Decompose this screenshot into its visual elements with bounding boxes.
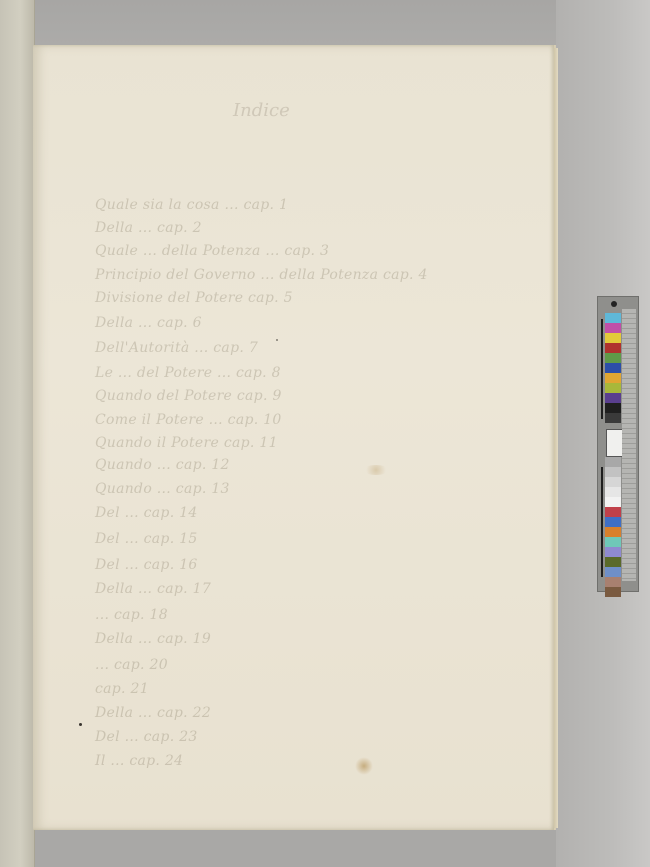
facing-leaf-edge [0,0,35,867]
color-patch [605,477,621,487]
color-patch [605,557,621,567]
color-calibration-target [597,296,639,592]
color-patch [605,497,621,507]
scan-background [0,0,650,45]
mount-hole [611,301,617,307]
color-patch [605,487,621,497]
index-entry: Della ... cap. 6 [95,315,202,335]
index-entry: Della ... cap. 19 [95,631,211,651]
ruler-bar [601,319,603,419]
color-patch [605,403,621,413]
index-entry: Del ... cap. 16 [95,557,198,577]
color-patch [605,457,621,467]
index-entry: ... cap. 20 [95,657,168,677]
color-patch [605,527,621,537]
index-entry: Quando ... cap. 13 [95,481,230,501]
color-patch [605,323,621,333]
index-entry: Quando ... cap. 12 [95,457,230,477]
index-entry: Quando del Potere cap. 9 [95,388,282,408]
index-entry: cap. 21 [95,681,149,701]
color-patches-upper [605,313,621,423]
color-patch [605,507,621,517]
color-patch [605,363,621,373]
color-patch [605,393,621,403]
ink-dot [276,339,278,341]
index-entry: Del ... cap. 15 [95,531,198,551]
foxing-stain [355,757,373,775]
page-heading: Indice [233,100,290,121]
index-entry: Dell'Autorità ... cap. 7 [95,340,258,360]
index-entry: Le ... del Potere ... cap. 8 [95,365,281,385]
color-patch [605,517,621,527]
index-entry: Il ... cap. 24 [95,753,183,773]
color-patch [605,353,621,363]
manuscript-page: Indice Quale sia la cosa ... cap. 1Della… [33,45,556,830]
index-entry: Quando il Potere cap. 11 [95,435,278,455]
color-patch [605,373,621,383]
color-patch [605,467,621,477]
index-entry: Divisione del Potere cap. 5 [95,290,293,310]
index-entry: ... cap. 18 [95,607,168,627]
ink-dot [79,723,82,726]
color-patch [605,313,621,323]
index-entry: Della ... cap. 17 [95,581,211,601]
index-entry: Del ... cap. 23 [95,729,198,749]
index-entry: Quale ... della Potenza ... cap. 3 [95,243,329,263]
color-patch [605,383,621,393]
color-patch [605,567,621,577]
ruler-bar [601,467,603,577]
index-entry: Quale sia la cosa ... cap. 1 [95,197,288,217]
index-entry: Della ... cap. 22 [95,705,211,725]
color-patches-lower [605,457,621,597]
color-patch [605,577,621,587]
color-patch [605,413,621,423]
grey-scale-ruler [622,309,636,581]
index-entry: Come il Potere ... cap. 10 [95,412,282,432]
foxing-stain [363,465,389,475]
page-fore-edge [554,48,558,828]
index-entry: Del ... cap. 14 [95,505,198,525]
color-patch [605,343,621,353]
index-entry: Principio del Governo ... della Potenza … [95,267,428,287]
color-patch [605,333,621,343]
color-patch [605,537,621,547]
color-patch [605,587,621,597]
color-patch [605,547,621,557]
index-entry: Della ... cap. 2 [95,220,202,240]
